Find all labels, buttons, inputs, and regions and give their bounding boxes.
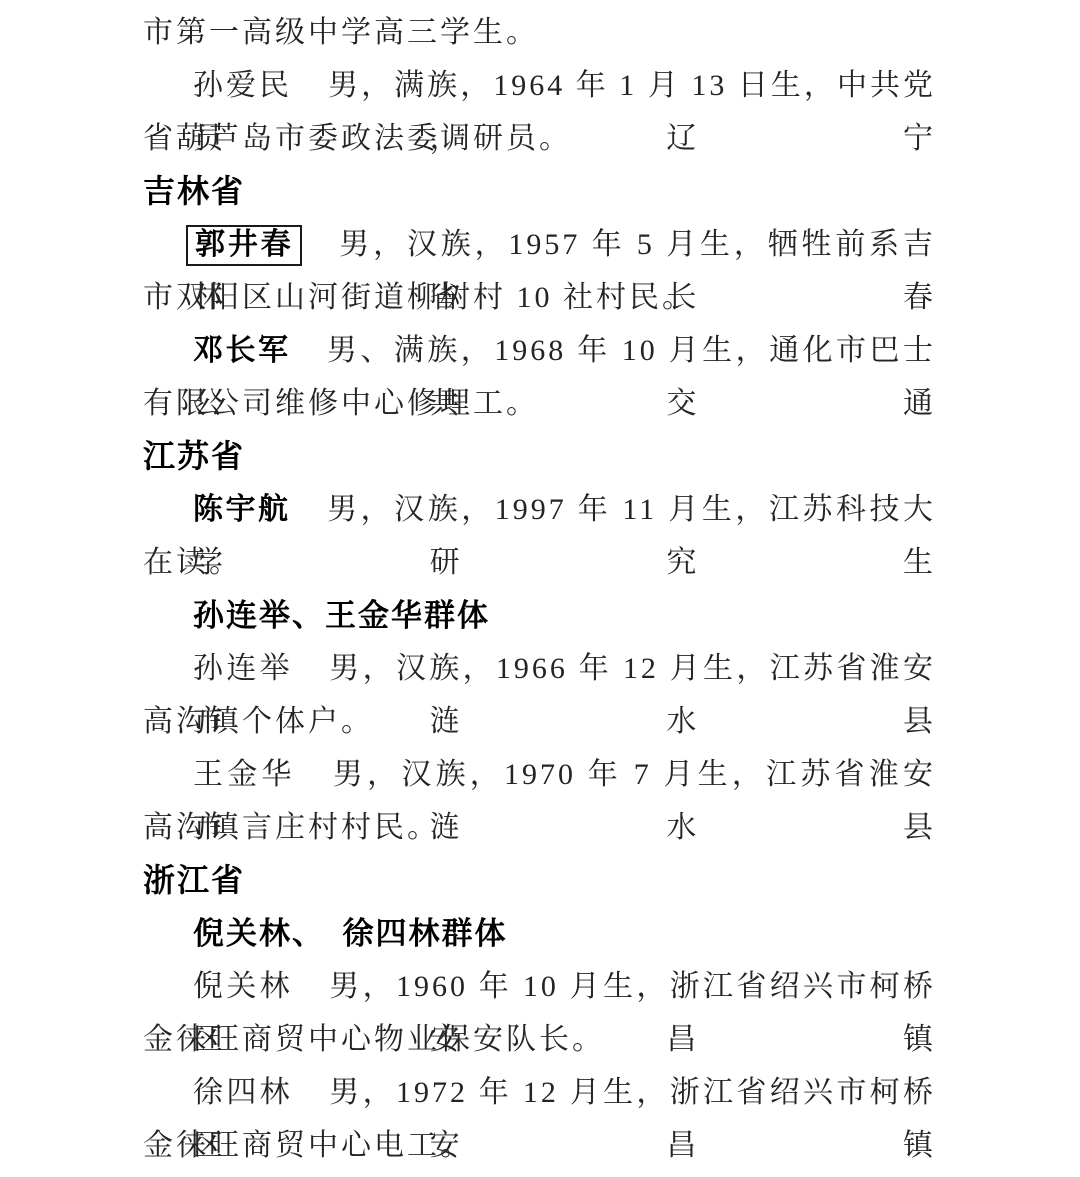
entry-guo-jingchun-line1: 郭井春男，汉族，1957 年 5 月生，牺牲前系吉林省长春 [143,218,936,271]
province-header-zhejiang: 浙江省 [143,854,936,907]
document-page: 市第一高级中学高三学生。 孙爱民男，满族，1964 年 1 月 13 日生，中共… [0,0,1080,1177]
deceased-name-box: 郭井春 [186,225,302,266]
group-heading-ni-xu: 倪关林、 徐四林群体 [143,907,936,960]
province-header-jilin: 吉林省 [143,165,936,218]
group-heading-sun-wang: 孙连举、王金华群体 [143,589,936,642]
person-name: 王金华 [193,758,296,791]
entry-chen-yuhang-line1: 陈宇航男，汉族，1997 年 11 月生，江苏科技大学研究生 [143,483,936,536]
person-name: 孙连举 [193,652,293,685]
carryover-tail-line: 市第一高级中学高三学生。 [143,6,936,59]
entry-xu-silin-line1: 徐四林男，1972 年 12 月生，浙江省绍兴市柯桥区安昌镇 [143,1066,936,1119]
person-name: 孙爱民 [193,69,292,102]
entry-deng-changjun-line1: 邓长军男、满族，1968 年 10 月生，通化市巴士公共交通 [143,324,936,377]
province-header-jiangsu: 江苏省 [143,430,936,483]
entry-wang-jinhua-line1: 王金华男，汉族，1970 年 7 月生，江苏省淮安市涟水县 [143,748,936,801]
person-name: 倪关林 [193,970,293,1003]
entry-details: 男，汉族，1997 年 11 月生，江苏科技大学研究生 [193,493,936,579]
entry-sun-lianju-line1: 孙连举男，汉族，1966 年 12 月生，江苏省淮安市涟水县 [143,642,936,695]
person-name: 徐四林 [193,1076,293,1109]
entry-ni-guanlin-line1: 倪关林男，1960 年 10 月生，浙江省绍兴市柯桥区安昌镇 [143,960,936,1013]
entry-sun-aimin-line1: 孙爱民男，满族，1964 年 1 月 13 日生，中共党员，辽宁 [143,59,936,112]
text-block: 市第一高级中学高三学生。 孙爱民男，满族，1964 年 1 月 13 日生，中共… [143,6,936,1172]
person-name: 陈宇航 [193,493,291,526]
person-name: 邓长军 [193,334,290,367]
